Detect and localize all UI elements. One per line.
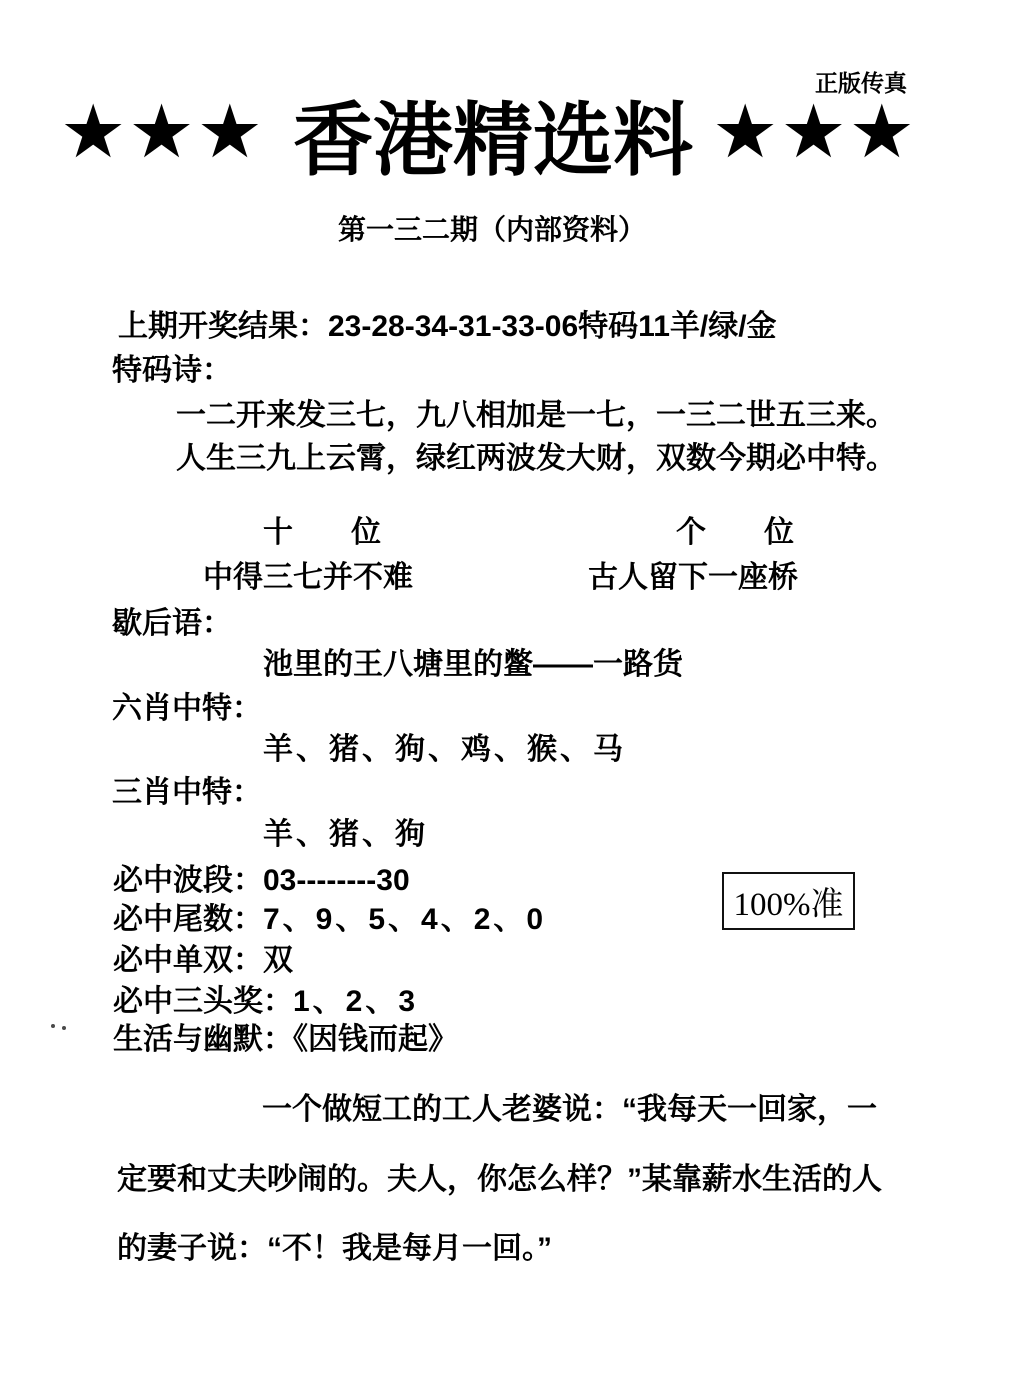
tail-number-value: 7、9、5、4、2、0: [263, 903, 546, 936]
joke-line-3: 的妻子说：“不！我是每月一回。”: [117, 1232, 552, 1267]
accuracy-stamp: 100%准: [722, 872, 855, 930]
poem-line-2: 人生三九上云霄，绿红两波发大财，双数今期必中特。: [176, 442, 896, 477]
stars-right-decoration: ★★★: [712, 95, 917, 169]
fax-document-page: 正版传真 ★★★ 香港精选料 ★★★ 第一三二期（内部资料） 上期开奖结果：23…: [0, 0, 1019, 1388]
xiehouyu-label: 歇后语：: [112, 607, 232, 642]
parity-label: 必中单双：: [113, 944, 263, 977]
three-zodiac-label: 三肖中特：: [112, 776, 262, 811]
special-code-poem-label: 特码诗：: [112, 354, 232, 389]
tail-number-label: 必中尾数：: [113, 903, 263, 936]
wave-range-label: 必中波段：: [113, 864, 263, 897]
humor-label: 生活与幽默：: [113, 1023, 293, 1056]
parity-line: 必中单双：双: [113, 944, 293, 979]
accuracy-stamp-text: 100%准: [734, 878, 844, 925]
joke-line-1: 一个做短工的工人老婆说：“我每天一回家，一: [262, 1093, 877, 1128]
joke-line-2: 定要和丈夫吵闹的。夫人，你怎么样？”某靠薪水生活的人: [117, 1163, 882, 1198]
humor-title-line: 生活与幽默：《因钱而起》: [113, 1023, 458, 1058]
parity-value: 双: [263, 944, 293, 977]
units-place-header: 个 位: [676, 516, 808, 551]
scan-speck: [51, 1024, 55, 1028]
xiehouyu-text: 池里的王八塘里的鳖——一路货: [263, 648, 683, 683]
tens-place-hint: 中得三七并不难: [203, 561, 413, 596]
three-zodiac-value: 羊、猪、狗: [263, 818, 428, 853]
head-number-value: 1、2、3: [293, 985, 418, 1018]
head-number-label: 必中三头奖：: [113, 985, 293, 1018]
wave-range-line: 必中波段：03--------30: [113, 864, 410, 899]
last-draw-result: 上期开奖结果：23-28-34-31-33-06特码11羊/绿/金: [118, 310, 777, 345]
six-zodiac-label: 六肖中特：: [112, 692, 262, 727]
page-title: 香港精选料: [293, 98, 693, 186]
tail-number-line: 必中尾数：7、9、5、4、2、0: [113, 903, 546, 938]
poem-line-1: 一二开来发三七，九八相加是一七，一三二世五三来。: [176, 399, 896, 434]
units-place-hint: 古人留下一座桥: [588, 561, 798, 596]
tens-place-header: 十 位: [263, 516, 395, 551]
head-number-line: 必中三头奖：1、2、3: [113, 985, 418, 1020]
wave-range-value: 03--------30: [263, 864, 410, 897]
issue-subtitle: 第一三二期（内部资料）: [338, 214, 646, 246]
humor-title: 《因钱而起》: [293, 1023, 458, 1056]
six-zodiac-value: 羊、猪、狗、鸡、猴、马: [263, 733, 626, 768]
stars-left-decoration: ★★★: [60, 95, 265, 169]
scan-speck: [62, 1026, 66, 1030]
